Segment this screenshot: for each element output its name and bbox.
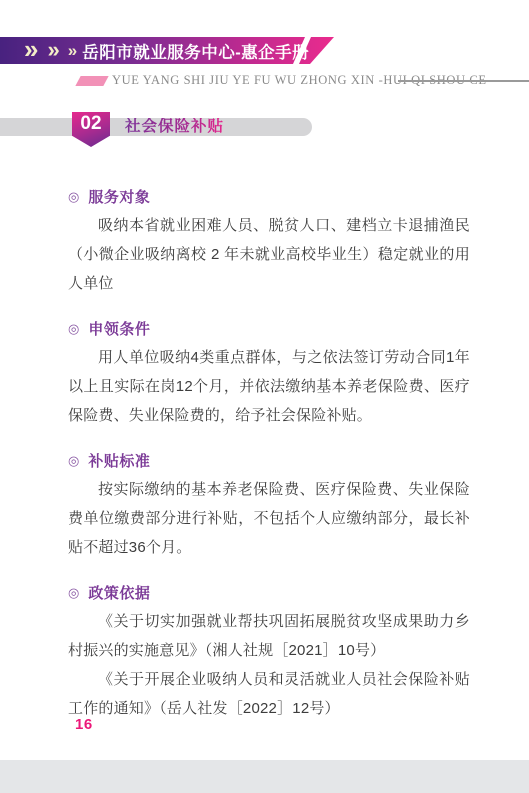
ring-bullet-icon: ◎ (68, 454, 79, 467)
ring-bullet-icon: ◎ (68, 322, 79, 335)
section-paragraph: 按实际缴纳的基本养老保险费、医疗保险费、失业保险费单位缴费部分进行补贴，不包括个… (68, 475, 470, 562)
section-heading-label: 服务对象 (88, 186, 150, 207)
pinyin-rule-line (398, 80, 529, 82)
ring-bullet-icon: ◎ (68, 586, 79, 599)
section-heading-label: 补贴标准 (88, 450, 150, 471)
chevron-icon: » (68, 42, 77, 59)
section-paragraph: 吸纳本省就业困难人员、脱贫人口、建档立卡退捕渔民（小微企业吸纳离校 2 年未就业… (68, 211, 470, 298)
section-application-conditions: ◎ 申领条件 用人单位吸纳4类重点群体，与之依法签订劳动合同1年以上且实际在岗1… (68, 318, 470, 430)
chevron-icon: » (24, 36, 38, 62)
handbook-title: 岳阳市就业服务中心-惠企手册 (82, 39, 309, 63)
chevron-icon: » (47, 39, 59, 61)
section-heading: ◎ 政策依据 (68, 582, 470, 602)
ring-bullet-icon: ◎ (68, 190, 79, 203)
page-number: 16 (75, 716, 93, 733)
section-subsidy-standard: ◎ 补贴标准 按实际缴纳的基本养老保险费、医疗保险费、失业保险费单位缴费部分进行… (68, 450, 470, 562)
pinyin-marker-shape (75, 76, 108, 86)
section-paragraph: 用人单位吸纳4类重点群体，与之依法签订劳动合同1年以上且实际在岗12个月，并依法… (68, 343, 470, 430)
section-number-badge: 02 (72, 112, 110, 147)
handbook-page: » » » 岳阳市就业服务中心-惠企手册 YUE YANG SHI JIU YE… (0, 0, 529, 793)
bottom-decoration-bar (0, 760, 529, 793)
section-heading: ◎ 申领条件 (68, 318, 470, 338)
section-heading: ◎ 补贴标准 (68, 450, 470, 470)
page-content: ◎ 服务对象 吸纳本省就业困难人员、脱贫人口、建档立卡退捕渔民（小微企业吸纳离校… (68, 186, 470, 743)
section-paragraph: 《关于切实加强就业帮扶巩固拓展脱贫攻坚成果助力乡村振兴的实施意见》（湘人社规［2… (68, 607, 470, 665)
section-title: 社会保险补贴 (125, 118, 224, 136)
section-service-target: ◎ 服务对象 吸纳本省就业困难人员、脱贫人口、建档立卡退捕渔民（小微企业吸纳离校… (68, 186, 470, 298)
section-policy-basis: ◎ 政策依据 《关于切实加强就业帮扶巩固拓展脱贫攻坚成果助力乡村振兴的实施意见》… (68, 582, 470, 723)
section-heading-label: 政策依据 (88, 582, 150, 603)
section-heading: ◎ 服务对象 (68, 186, 470, 206)
header-banner: » » » 岳阳市就业服务中心-惠企手册 (0, 37, 334, 64)
section-paragraph: 《关于开展企业吸纳人员和灵活就业人员社会保险补贴工作的通知》（岳人社发［2022… (68, 665, 470, 723)
section-heading-label: 申领条件 (88, 318, 150, 339)
